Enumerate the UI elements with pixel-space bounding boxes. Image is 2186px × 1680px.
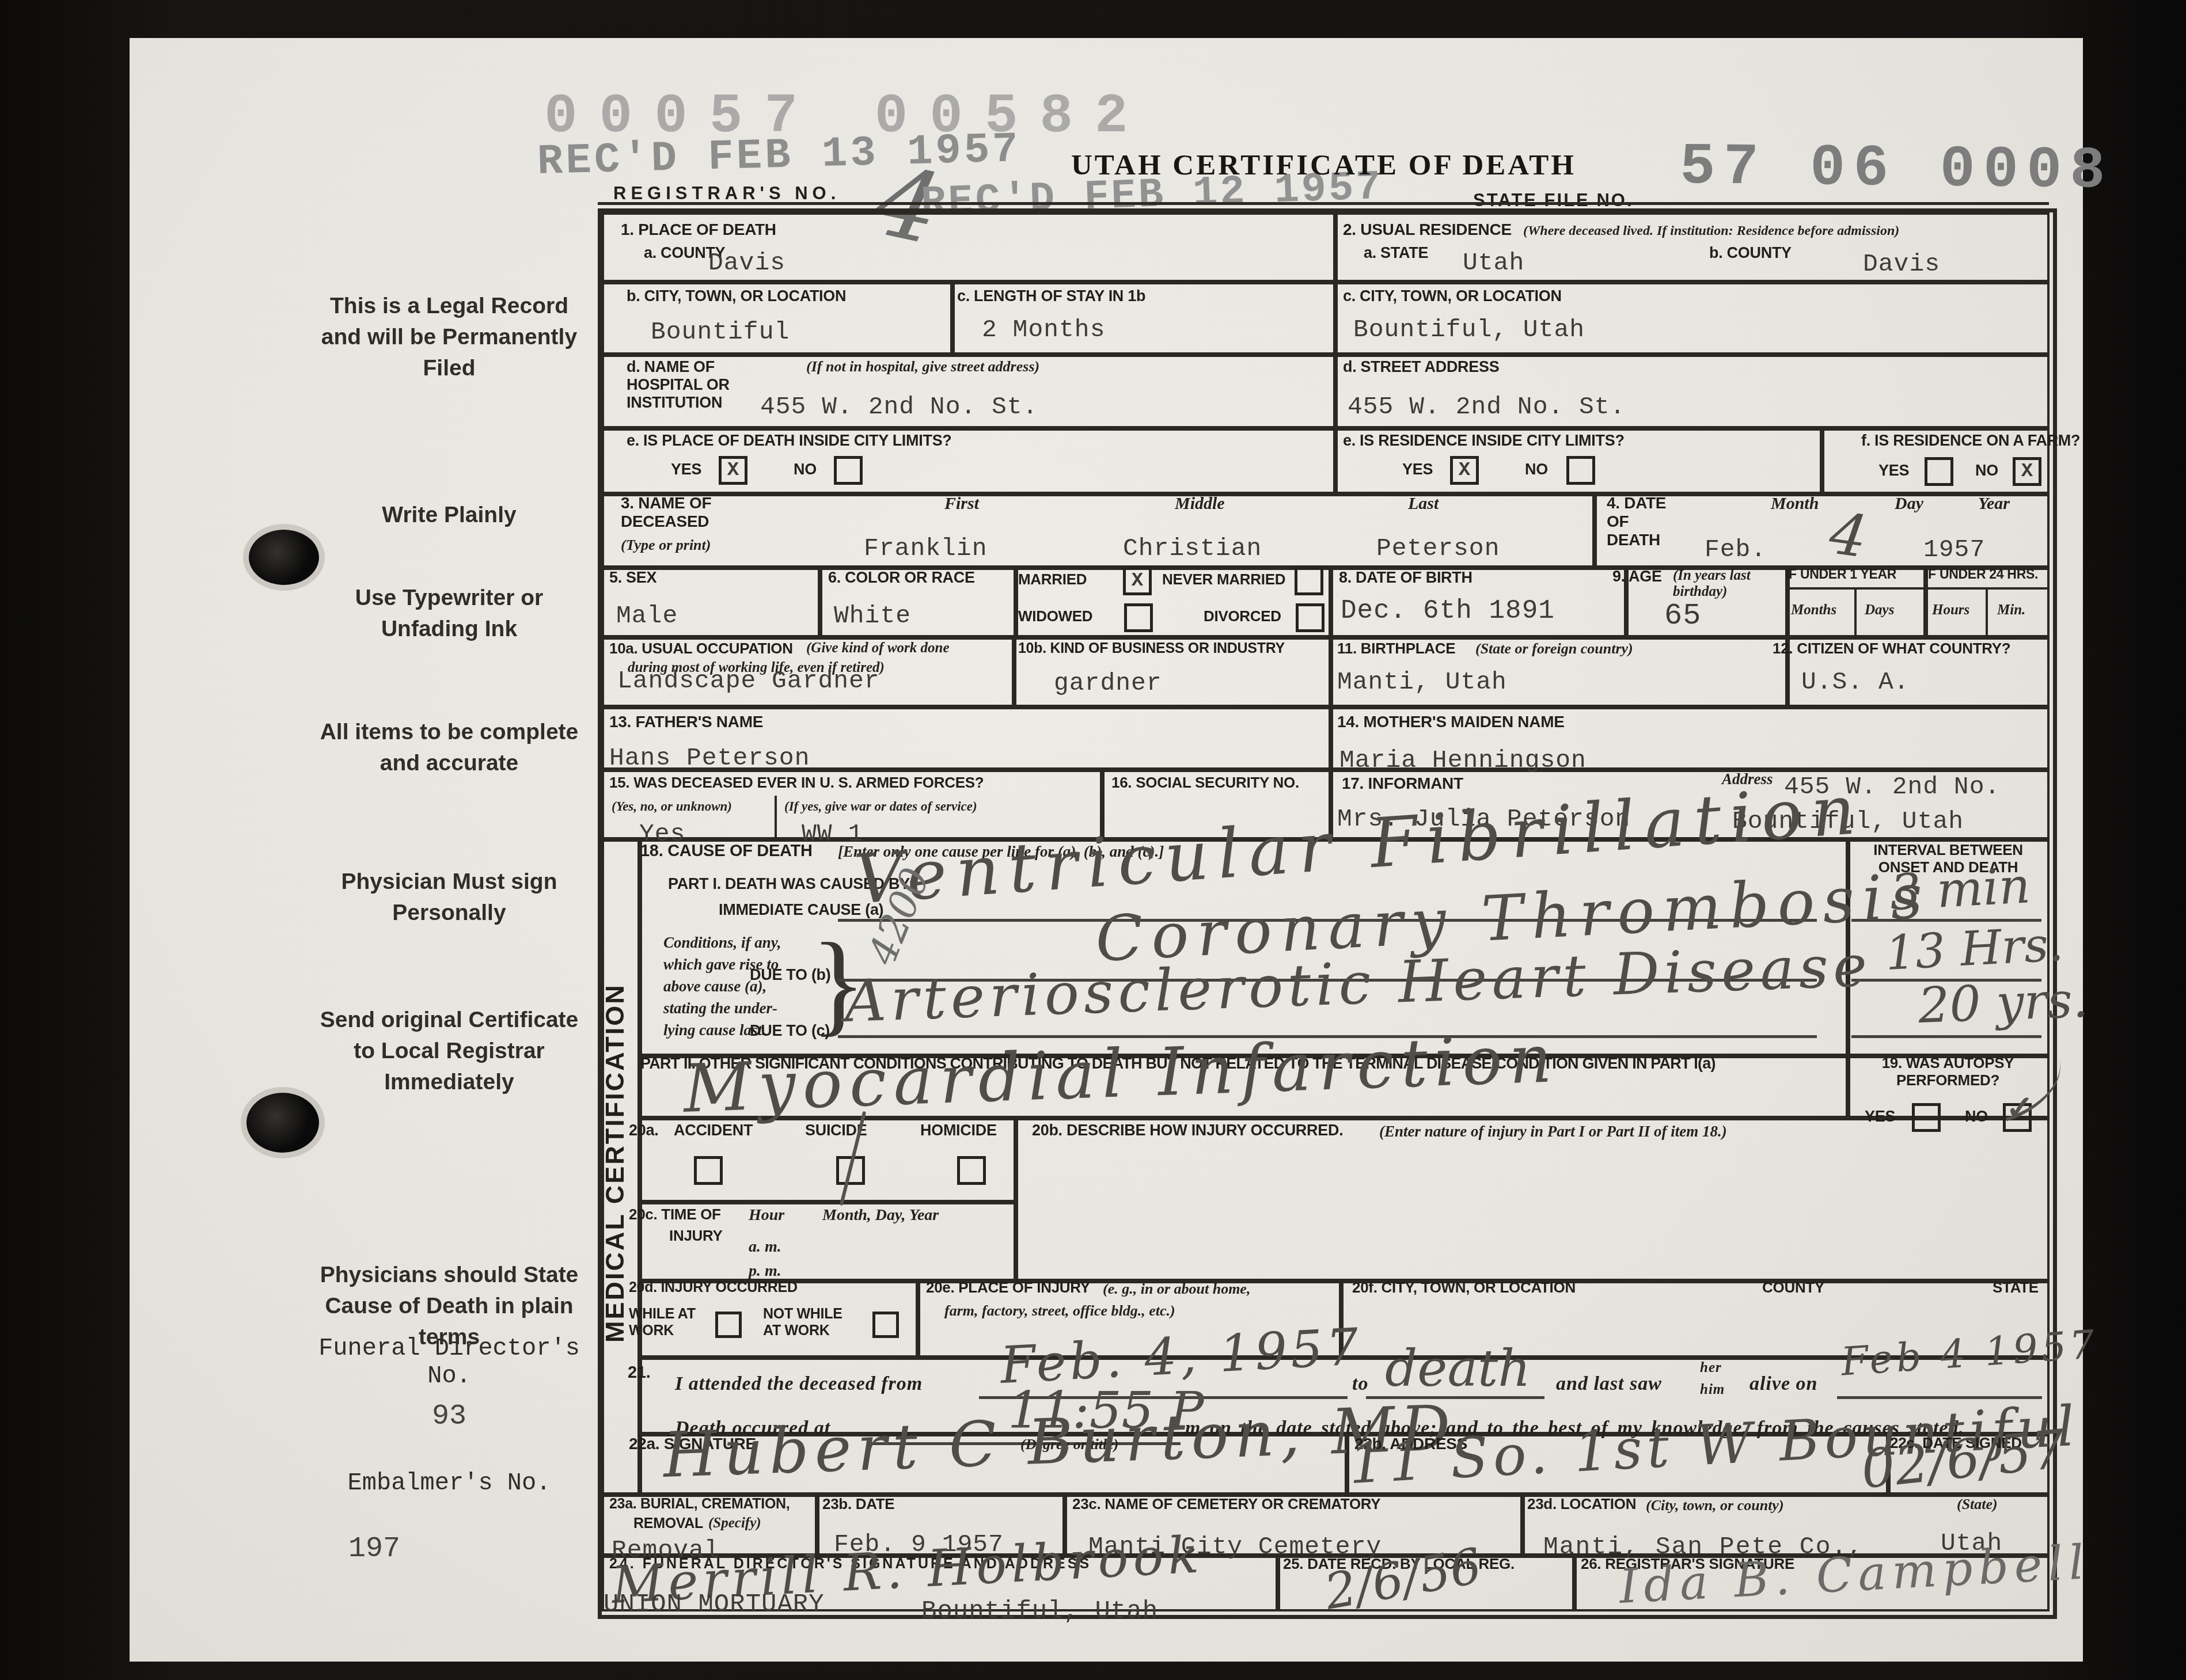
s4-title: 4. DATE OF DEATH (1607, 494, 1682, 550)
s2b-label: b. COUNTY (1709, 244, 1792, 262)
s2c-label: c. CITY, TOWN, OR LOCATION (1343, 287, 1562, 305)
s2a-value: Utah (1463, 249, 1524, 277)
s6-label: 6. COLOR OR RACE (828, 569, 975, 587)
s3-first-value: Franklin (864, 534, 987, 562)
s2f-no-label: NO (1975, 462, 1998, 480)
s2f-yes-label: YES (1878, 462, 1909, 480)
s18-label: 18. CAUSE OF DEATH (640, 842, 813, 861)
s19-yes-label: YES (1865, 1108, 1895, 1126)
s17-label: 17. INFORMANT (1342, 774, 1463, 793)
s11-label: 11. BIRTHPLACE (1337, 640, 1455, 657)
s7-married-checkbox: X (1123, 567, 1152, 595)
s1b-label: b. CITY, TOWN, OR LOCATION (627, 287, 846, 305)
s15-note2: (If yes, give war or dates of service) (784, 799, 977, 814)
s16-label: 16. SOCIAL SECURITY NO. (1111, 774, 1299, 792)
s23a-note: (Specify) (708, 1515, 761, 1531)
s9-label: 9. AGE (1612, 568, 1662, 586)
s23a-label2: REMOVAL (633, 1515, 703, 1532)
s21-text2: to (1352, 1373, 1368, 1395)
punch-hole-bottom (246, 1093, 319, 1153)
s18-due-c-label: DUE TO (c) (750, 1022, 830, 1040)
s21-text4: alive on (1749, 1373, 1817, 1395)
s18-due-b-label: DUE TO (b) (750, 966, 831, 984)
s2a-label: a. STATE (1364, 244, 1428, 262)
s3-title: 3. NAME OF DECEASED (621, 494, 765, 531)
s21-value2: death (1385, 1344, 1531, 1393)
s23d-note2: (State) (1957, 1496, 1998, 1513)
s21-her-label: her (1700, 1360, 1722, 1376)
s3-middle-header: Middle (1175, 494, 1225, 514)
s20e-note1: (e. g., in or about home, (1103, 1280, 1250, 1298)
s18-interval-c-value: 20 yrs. (1918, 978, 2089, 1030)
s4-year-value: 1957 (1923, 535, 1985, 564)
s20a-accident-checkbox (694, 1156, 723, 1185)
s1d-note: (If not in hospital, give street address… (806, 358, 1039, 375)
s12-value: U.S. A. (1801, 668, 1910, 696)
s20b-note: (Enter nature of injury in Part I or Par… (1379, 1123, 1727, 1141)
s2d-value: 455 W. 2nd No. St. (1348, 393, 1625, 421)
s23c-label: 23c. NAME OF CEMETERY OR CREMATORY (1072, 1496, 1380, 1513)
s18-conditions-4: stating the under- (663, 999, 777, 1017)
s7-widowed-label: WIDOWED (1018, 608, 1092, 625)
s11-value: Manti, Utah (1337, 668, 1507, 696)
s24-org-city: Bountiful, Utah (921, 1597, 1158, 1626)
s1d-value: 455 W. 2nd No. St. (760, 393, 1038, 421)
s1c-label: c. LENGTH OF STAY IN 1b (957, 287, 1145, 305)
s1e-no-label: NO (794, 461, 817, 478)
s1e-yes-mark: X (727, 459, 739, 481)
margin-note-physician-sign: Physician Must sign Personally (314, 866, 585, 929)
s4-day-header: Day (1895, 494, 1923, 514)
s20e-label: 20e. PLACE OF INJURY (926, 1279, 1090, 1297)
s2c-value: Bountiful, Utah (1353, 316, 1585, 344)
cell-15-inner-divider (775, 796, 777, 838)
s23b-label: 23b. DATE (822, 1496, 894, 1513)
s1e-yes-label: YES (671, 461, 701, 478)
s20a-accident-label: ACCIDENT (674, 1122, 753, 1139)
s2-note: (Where deceased lived. If institution: R… (1523, 223, 1899, 239)
s14-value: Maria Henningson (1339, 746, 1587, 774)
s5-value: Male (616, 602, 678, 630)
under-24-hrs-header: IF UNDER 24 HRS. (1925, 567, 2038, 581)
funeral-director-no-value: 93 (314, 1400, 585, 1433)
s20d-label: 20d. INJURY OCCURRED (629, 1279, 798, 1296)
embalmer-no-label: Embalmer's No. (314, 1469, 585, 1497)
margin-note-typewriter: Use Typewriter or Unfading Ink (314, 583, 585, 645)
s1b-value: Bountiful (651, 318, 790, 346)
s20f-label: 20f. CITY, TOWN, OR LOCATION (1352, 1279, 1576, 1297)
s2e-yes-label: YES (1402, 461, 1433, 478)
s2f-yes-checkbox (1925, 457, 1953, 486)
s14-label: 14. MOTHER'S MAIDEN NAME (1337, 713, 1565, 731)
s21-text1: I attended the deceased from (675, 1373, 923, 1395)
state-file-number-stamp: 57 06 0008 (1680, 134, 2113, 205)
s2e-no-label: NO (1525, 461, 1548, 478)
s7-widowed-checkbox (1124, 603, 1153, 632)
under-1-year-header: IF UNDER 1 YEAR (1785, 567, 1896, 581)
s2-title: 2. USUAL RESIDENCE (1343, 221, 1512, 239)
margin-note-send-original: Send original Certificate to Local Regis… (314, 1005, 585, 1097)
s12-label: 12. CITIZEN OF WHAT COUNTRY? (1773, 640, 2010, 657)
s20f-county-header: COUNTY (1762, 1279, 1824, 1297)
s18-conditions-1: Conditions, if any, (663, 934, 781, 952)
margin-note-write-plainly: Write Plainly (314, 500, 585, 531)
s20c-pm-label: p. m. (749, 1262, 781, 1280)
s23d-label: 23d. LOCATION (1527, 1496, 1636, 1513)
s1-title: 1. PLACE OF DEATH (621, 221, 776, 239)
s2e-yes-mark: X (1459, 459, 1470, 481)
s8-value: Dec. 6th 1891 (1341, 596, 1555, 626)
s4-month-value: Feb. (1705, 535, 1766, 564)
s20c-am-label: a. m. (749, 1238, 781, 1256)
s23a-label: 23a. BURIAL, CREMATION, (609, 1496, 790, 1512)
s20a-homicide-label: HOMICIDE (920, 1122, 997, 1139)
s9-note: (In years last birthday) (1673, 568, 1765, 600)
s3-first-header: First (944, 494, 979, 514)
death-certificate-scan: 00057 00582 REC'D FEB 13 1957 REGISTRAR'… (0, 0, 2186, 1680)
s20f-state-header: STATE (1993, 1279, 2039, 1297)
s1e-label: e. IS PLACE OF DEATH INSIDE CITY LIMITS? (627, 432, 952, 450)
s5-label: 5. SEX (609, 569, 656, 587)
s11-note: (State or foreign country) (1475, 640, 1633, 657)
s7-married-mark: X (1132, 570, 1143, 592)
funeral-director-no-label: Funeral Director's No. (314, 1335, 585, 1390)
s20c-label1: 20c. TIME OF (629, 1206, 721, 1223)
margin-note-legal-record: This is a Legal Record and will be Perma… (314, 291, 585, 383)
s2f-label: f. IS RESIDENCE ON A FARM? (1861, 432, 2080, 450)
s3-middle-value: Christian (1123, 534, 1262, 562)
registrars-no-label: REGISTRAR'S NO. (613, 183, 840, 204)
s9-value: 65 (1664, 599, 1701, 633)
s20e-note2: farm, factory, street, office bldg., etc… (944, 1302, 1175, 1320)
form-title: UTAH CERTIFICATE OF DEATH (1071, 149, 1576, 182)
s21-num: 21. (628, 1363, 650, 1382)
s1e-yes-checkbox: X (719, 456, 747, 485)
s20d-notwhile-checkbox (872, 1312, 899, 1338)
s10a-value: Landscape Gardner (617, 667, 880, 695)
age-subheader-line (1785, 587, 2047, 590)
months-header: Months (1791, 602, 1836, 618)
s3-last-value: Peterson (1376, 534, 1500, 562)
s7-married-label: MARRIED (1018, 571, 1087, 588)
s2f-no-checkbox: X (2013, 457, 2041, 486)
interval-c-line (1851, 1035, 2041, 1038)
s6-value: White (834, 602, 911, 630)
s3-note: (Type or print) (621, 537, 711, 554)
s10b-label: 10b. KIND OF BUSINESS OR INDUSTRY (1018, 640, 1285, 657)
s10b-value: gardner (1054, 669, 1162, 697)
s20c-mdy-header: Month, Day, Year (822, 1206, 939, 1225)
medical-certification-label: MEDICAL CERTIFICATION (600, 838, 637, 1488)
s2e-no-checkbox (1566, 456, 1595, 485)
s20b-label: 20b. DESCRIBE HOW INJURY OCCURRED. (1032, 1122, 1343, 1139)
state-file-no-label: STATE FILE NO. (1473, 190, 1634, 211)
embalmer-no-value: 197 (288, 1533, 461, 1565)
s2e-yes-checkbox: X (1450, 456, 1479, 485)
s21-him-label: him (1700, 1382, 1725, 1398)
s24-org: UNION MORTUARY (604, 1590, 825, 1619)
s15-note1: (Yes, no, or unknown) (612, 799, 732, 814)
s7-divorced-checkbox (1296, 603, 1324, 632)
s2e-label: e. IS RESIDENCE INSIDE CITY LIMITS? (1343, 432, 1625, 450)
s4-month-header: Month (1771, 494, 1819, 514)
s20d-while-checkbox (715, 1312, 742, 1338)
s21-text3: and last saw (1556, 1373, 1662, 1395)
s7-divorced-label: DIVORCED (1204, 608, 1281, 625)
s1e-no-checkbox (834, 456, 863, 485)
s1a-value: Davis (708, 249, 785, 277)
s1c-value: 2 Months (982, 316, 1105, 344)
s20a-homicide-checkbox (957, 1156, 986, 1185)
min-header: Min. (1997, 602, 2025, 618)
s19-no-label: NO (1965, 1108, 1988, 1126)
s7-never-label: NEVER MARRIED (1162, 571, 1285, 588)
s20d-while-label: WHILE AT WORK (629, 1306, 707, 1339)
s4-year-header: Year (1978, 494, 2010, 514)
s2d-label: d. STREET ADDRESS (1343, 358, 1499, 376)
hours-header: Hours (1932, 602, 1969, 618)
s10a-note1: (Give kind of work done (806, 640, 950, 656)
s4-day-value: 4 (1827, 505, 1870, 565)
s3-last-header: Last (1408, 494, 1439, 514)
s20c-hour-header: Hour (749, 1206, 784, 1225)
days-header: Days (1865, 602, 1894, 618)
margin-note-complete: All items to be complete and accurate (314, 717, 585, 779)
s20d-notwhile-label: NOT WHILE AT WORK (763, 1306, 855, 1339)
s2b-value: Davis (1863, 250, 1940, 278)
s2f-no-mark: X (2021, 461, 2033, 482)
s15-label: 15. WAS DECEASED EVER IN U. S. ARMED FOR… (609, 774, 984, 792)
s20c-label2: INJURY (669, 1227, 723, 1245)
months-days-divider (1854, 587, 1857, 635)
punch-hole-top (249, 530, 319, 585)
hours-min-divider (1986, 587, 1988, 635)
s8-label: 8. DATE OF BIRTH (1339, 569, 1472, 587)
s13-label: 13. FATHER'S NAME (609, 713, 763, 731)
s18-interval-b-value: 13 Hrs. (1884, 922, 2064, 976)
s13-value: Hans Peterson (609, 744, 810, 772)
cell-20b (1014, 1116, 2050, 1283)
s23d-note: (City, town, or county) (1646, 1497, 1784, 1514)
s19-yes-checkbox (1912, 1103, 1941, 1132)
s20a-num: 20a. (629, 1122, 658, 1139)
s7-never-checkbox (1295, 567, 1323, 595)
s10a-label: 10a. USUAL OCCUPATION (609, 640, 793, 657)
